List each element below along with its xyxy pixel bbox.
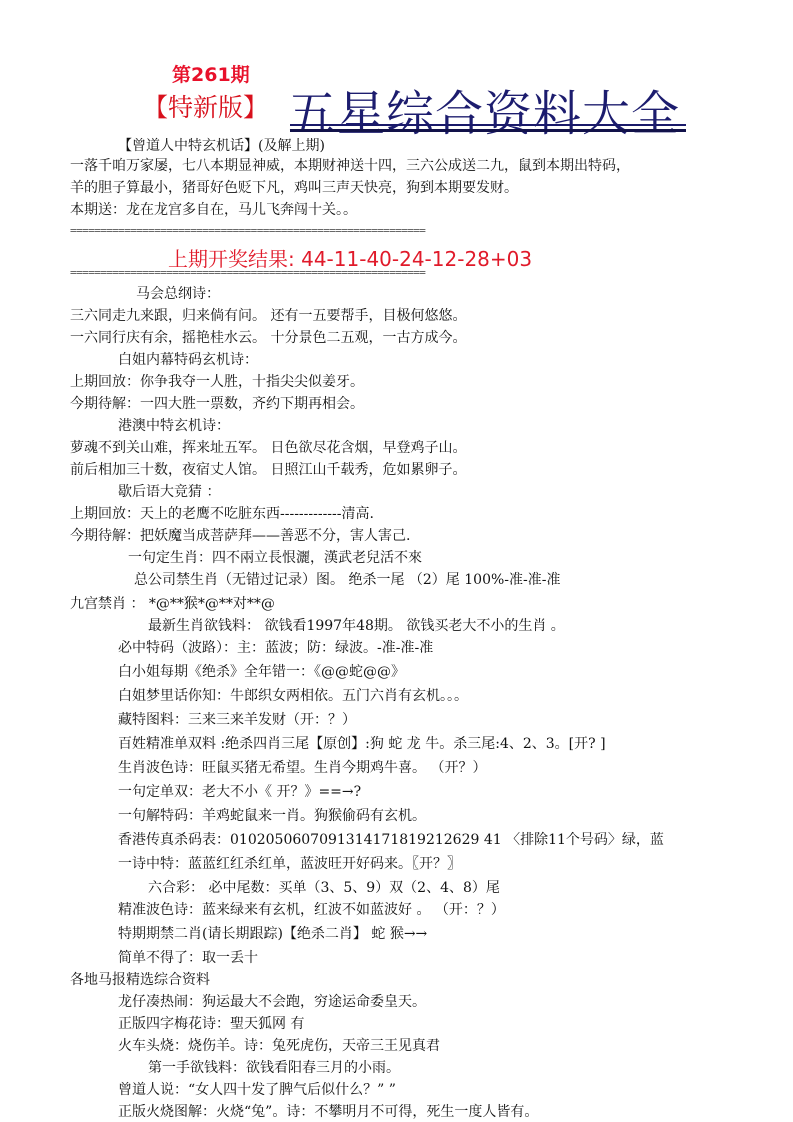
text-line: 火车头烧：烧伤羊。诗：兔死虎伤，天帝三王见真君	[118, 1036, 440, 1056]
text-line: 今期待解：把妖魔当成菩萨拜——善恶不分，害人害己.	[70, 526, 410, 546]
separator-line: ========================================…	[70, 266, 425, 279]
text-line: 港澳中特玄机诗：	[118, 416, 230, 436]
text-line: 一句定生肖：四不兩立長恨灑，漢武老兒活不來	[128, 548, 422, 568]
text-line: 三六同走九来跟，归来倘有问。 还有一五要帮手，目极何悠悠。	[70, 306, 466, 326]
poem-line: 本期送：龙在龙宫多自在，马儿飞奔闯十关。。	[70, 200, 357, 220]
text-line: 萝魂不到关山难，挥来址五军。 日色欲尽花含烟，早登鸡子山。	[70, 438, 466, 458]
text-line: 马会总纲诗：	[136, 284, 220, 304]
title-underline	[290, 124, 686, 126]
poem-line: 一落千咱万家屡，七八本期显神威，本期财神送十四，三六公成送二九，鼠到本期出特码，	[70, 156, 630, 176]
text-line: 歇后语大竞猜 ：	[118, 482, 220, 502]
separator-line: ========================================…	[70, 224, 425, 237]
text-line: 特期期禁二肖(请长期跟踪)【绝杀二肖】 蛇 猴→→	[118, 924, 427, 944]
text-line: 一句解特码：羊鸡蛇鼠来一肖。狗猴偷码有玄机。	[118, 806, 426, 826]
text-line: 前后相加三十数，夜宿丈人馆。 日照江山千载秀，危如累卵子。	[70, 460, 466, 480]
edition-label: 【特新版】	[143, 88, 268, 124]
text-line: 九宫禁肖 ： *@**猴*@**对**@	[70, 594, 275, 614]
text-line: 正版四字梅花诗：聖天狐网 有	[118, 1014, 304, 1034]
title-underline-thick	[290, 129, 686, 132]
issue-number: 第261期	[172, 60, 250, 87]
text-line: 今期待解：一四大胜一票数，齐约下期再相会。	[70, 394, 364, 414]
text-line: 正版火烧图解：火烧“兔”。诗：不攀明月不可得，死生一度人皆有。	[118, 1102, 538, 1122]
text-line: 一诗中特：蓝蓝红红杀红单，蓝波旺开好码来。〖开？〗	[118, 854, 461, 874]
text-line: 百姓精准单双料 :绝杀四肖三尾【原创】:狗 蛇 龙 牛。杀三尾:4、2、3。[开…	[118, 734, 606, 754]
text-line: 一句定单双：老大不小《 开？》==→?	[118, 782, 361, 802]
text-line: 简单不得了：取一丢十	[118, 948, 258, 968]
text-line: 精准波色诗：蓝来绿来有玄机，红波不如蓝波好 。 （开：？）	[118, 900, 505, 920]
text-line: 总公司禁生肖（无错过记录）图。 绝杀一尾 （2）尾 100%-准-准-准	[134, 570, 560, 590]
text-line: 第一手欲钱料：欲钱看阳春三月的小雨。	[148, 1058, 400, 1078]
text-line: 香港传真杀码表：0102050607091314171819212629 41 …	[118, 830, 664, 850]
text-line: 必中特码（波路）：主：蓝波；防：绿波。-准-准-准	[118, 638, 433, 658]
text-line: 白姐梦里话你知：牛郎织女两相依。五门六肖有玄机。。。	[118, 686, 468, 706]
text-line: 各地马报精选综合资料	[70, 970, 210, 990]
text-line: 白姐内幕特码玄机诗：	[118, 350, 258, 370]
text-line: 曾道人说：“女人四十发了脾气后似什么？” ”	[118, 1080, 396, 1100]
text-line: 生肖波色诗：旺鼠买猪无希望。生肖今期鸡牛喜。 （开？）	[118, 758, 486, 778]
text-line: 六合彩： 必中尾数：买单（3、5、9）双（2、4、8）尾	[148, 878, 500, 898]
text-line: 上期回放：天上的老鹰不吃脏东西-------------清高.	[70, 504, 374, 524]
text-line: 一六同行庆有余，摇艳桂水云。 十分景色二五观，一古方成今。	[70, 328, 466, 348]
text-line: 上期回放：你争我夺一人胜，十指尖尖似姜牙。	[70, 372, 364, 392]
poem-line: 羊的胆子算最小，猪哥好色贬下凡，鸡叫三声天快亮，狗到本期要发财。	[70, 178, 518, 198]
poem-heading: 【曾道人中特玄机话】(及解上期)	[118, 136, 325, 156]
text-line: 白小姐每期《绝杀》全年错一：《@@蛇@@》	[118, 662, 405, 682]
text-line: 藏特图料：三来三来羊发财（开：？）	[118, 710, 356, 730]
text-line: 龙仔凑热闹：狗运最大不会跑，穷途运命委皇天。	[118, 992, 426, 1012]
text-line: 最新生肖欲钱料： 欲钱看1997年48期。 欲钱买老大不小的生肖 。	[148, 616, 565, 636]
page-title: 五星综合资料大全	[288, 75, 680, 144]
